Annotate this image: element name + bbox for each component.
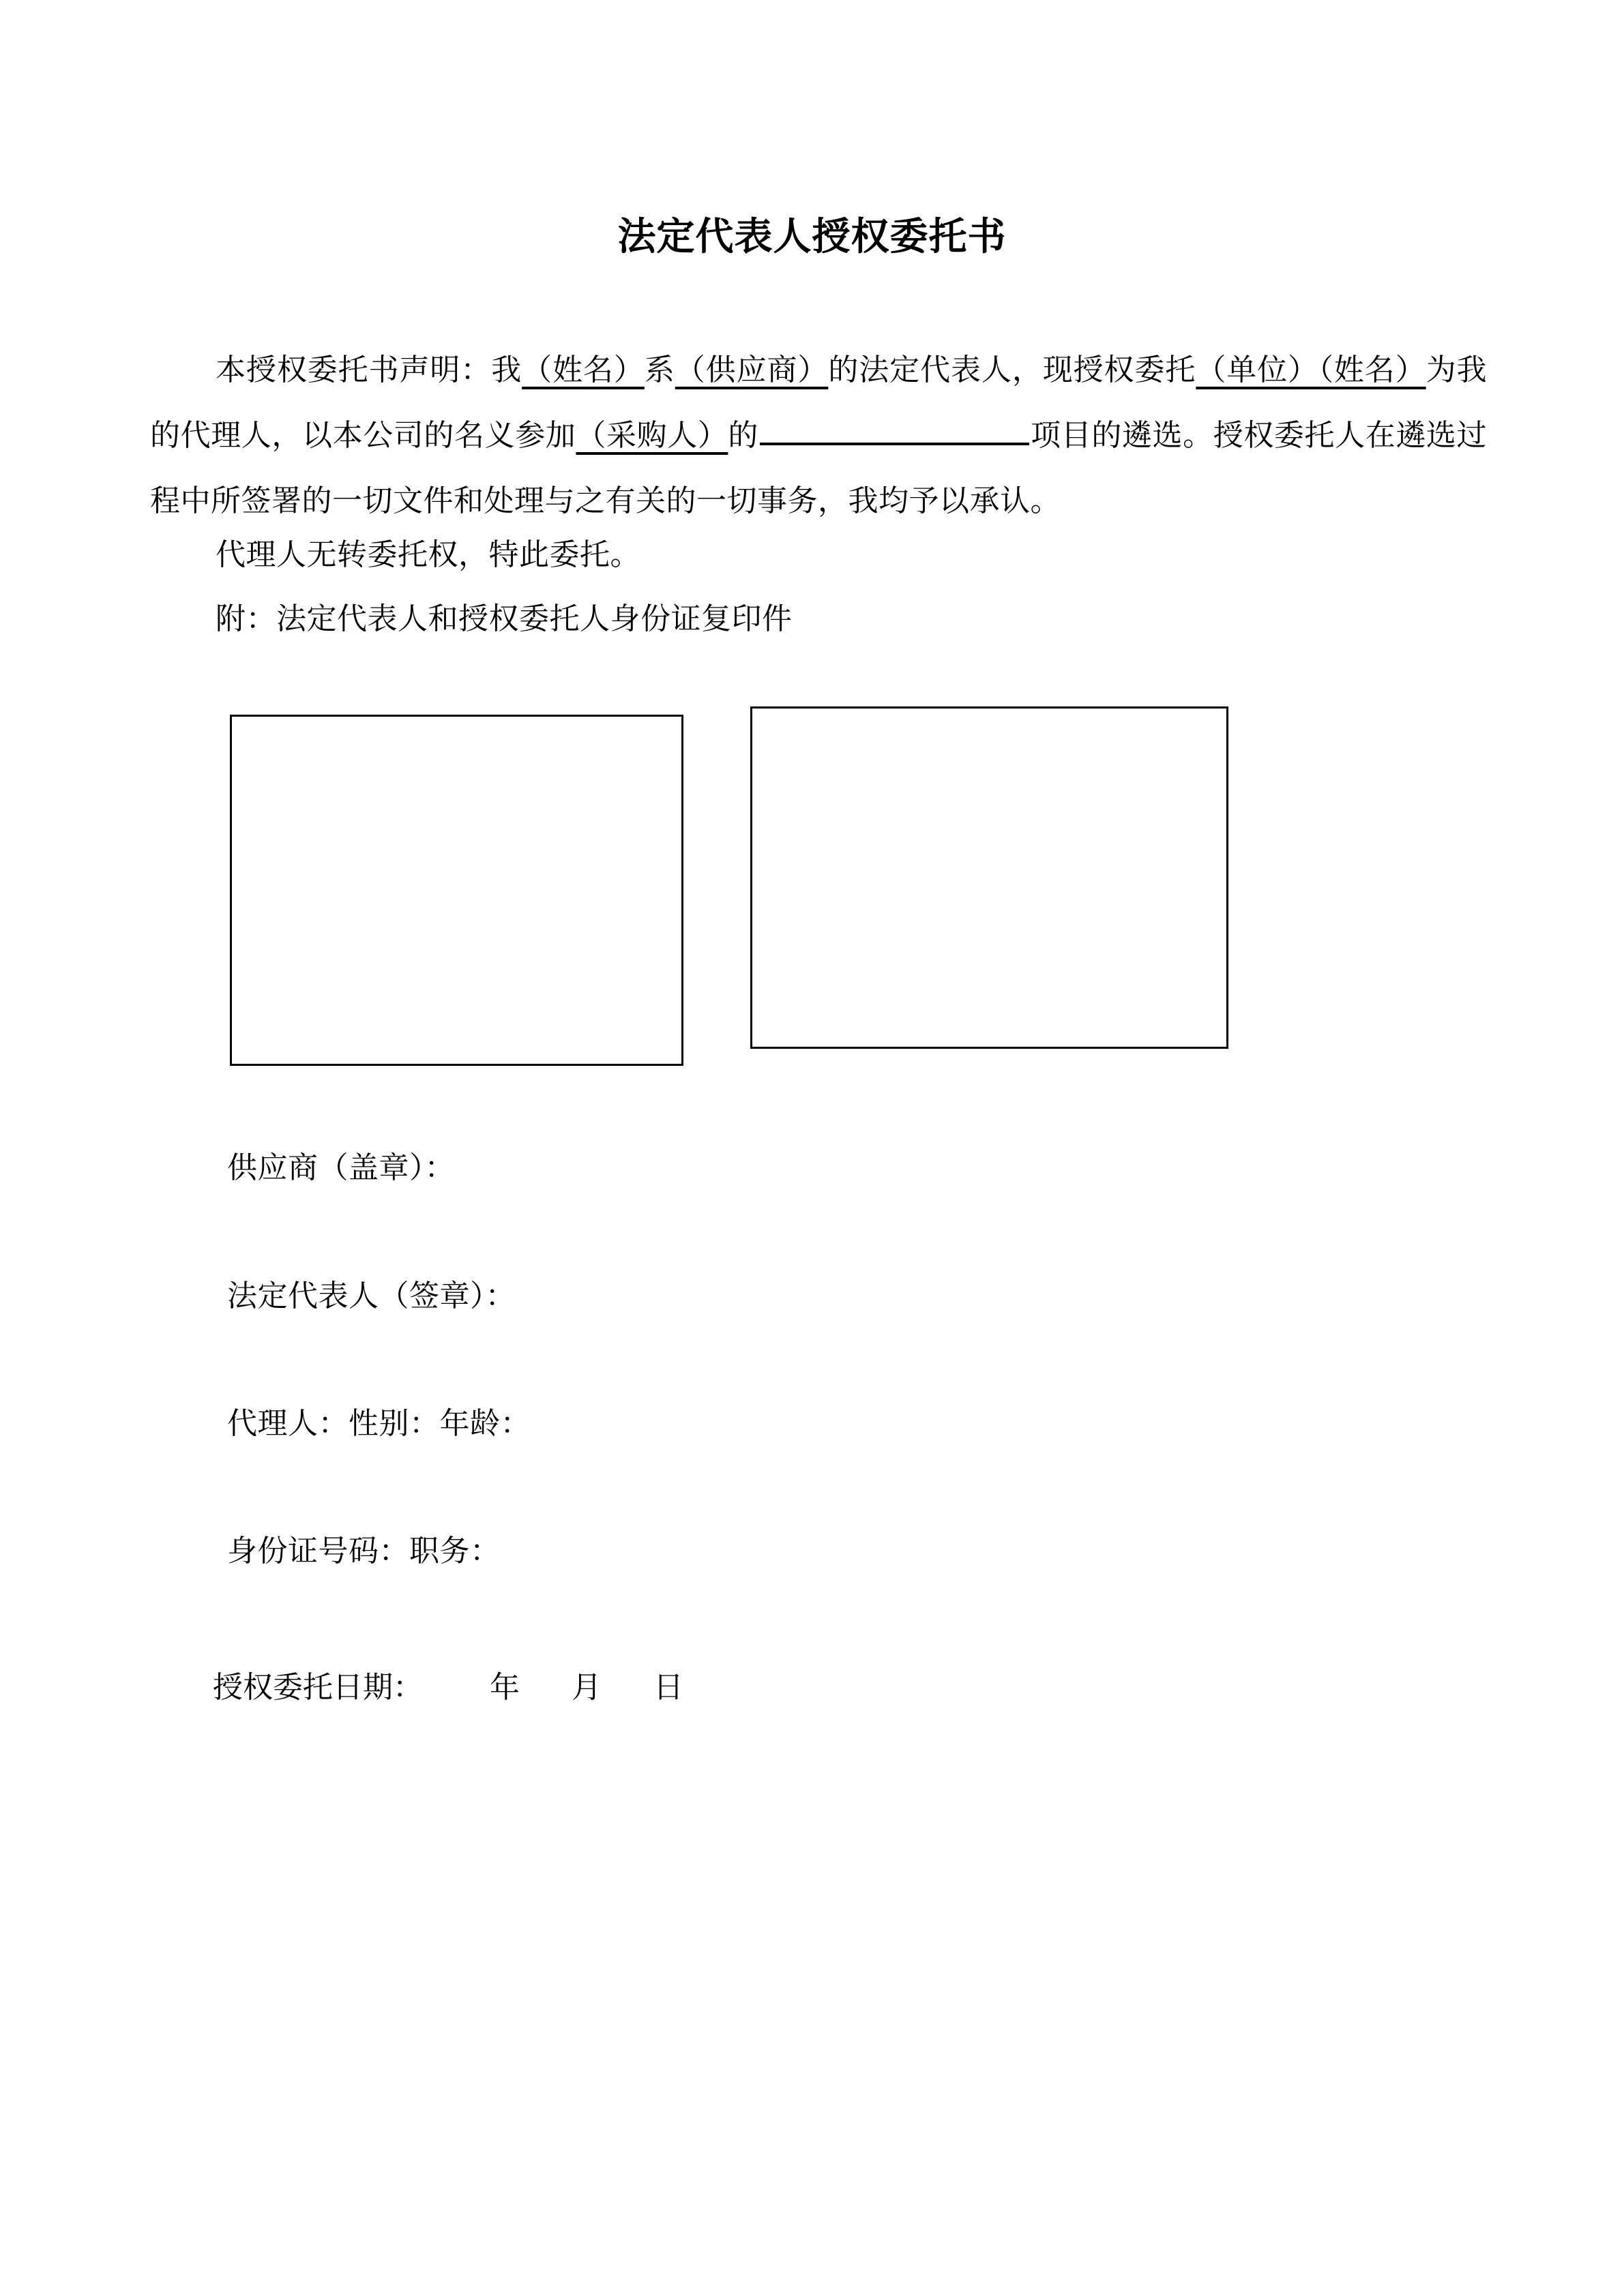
statement-text: 本授权委托书声明：我 [216,353,522,387]
agent-unit-name-field[interactable]: （单位）（姓名） [1196,353,1426,387]
attachment-note: 附：法定代表人和授权委托人身份证复印件 [216,599,793,640]
date-month-unit: 月 [572,1667,602,1708]
authorization-statement: 本授权委托书声明：我（姓名）系（供应商）的法定代表人，现授权委托（单位）（姓名）… [150,338,1487,534]
statement-text: 的法定代表人，现授权委托 [828,353,1196,387]
document-page: 法定代表人授权委托书 本授权委托书声明：我（姓名）系（供应商）的法定代表人，现授… [0,0,1624,2296]
supplier-field[interactable]: （供应商） [675,353,829,387]
page-title: 法定代表人授权委托书 [0,210,1624,265]
statement-text: 的 [728,418,758,453]
legal-rep-signature-field: 法定代表人（签章）： [227,1276,516,1317]
date-label: 授权委托日期： [213,1667,423,1708]
agent-id-copy-box[interactable] [750,706,1228,1049]
supplier-seal-field: 供应商（盖章）： [227,1148,455,1189]
statement-text: 系 [645,353,675,387]
date-year-unit: 年 [490,1667,520,1708]
legal-rep-name-field[interactable]: （姓名） [522,353,645,387]
agent-info-field: 代理人：性别：年龄： [227,1403,531,1444]
purchaser-field[interactable]: （采购人） [576,418,728,453]
authorization-date-row: 授权委托日期： 年 月 日 [213,1667,683,1708]
legal-rep-id-copy-box[interactable] [230,715,683,1066]
id-number-position-field: 身份证号码：职务： [227,1531,501,1572]
project-name-blank[interactable] [760,415,1029,445]
date-day-unit: 日 [653,1667,683,1708]
no-subdelegation-clause: 代理人无转委托权，特此委托。 [216,535,640,576]
